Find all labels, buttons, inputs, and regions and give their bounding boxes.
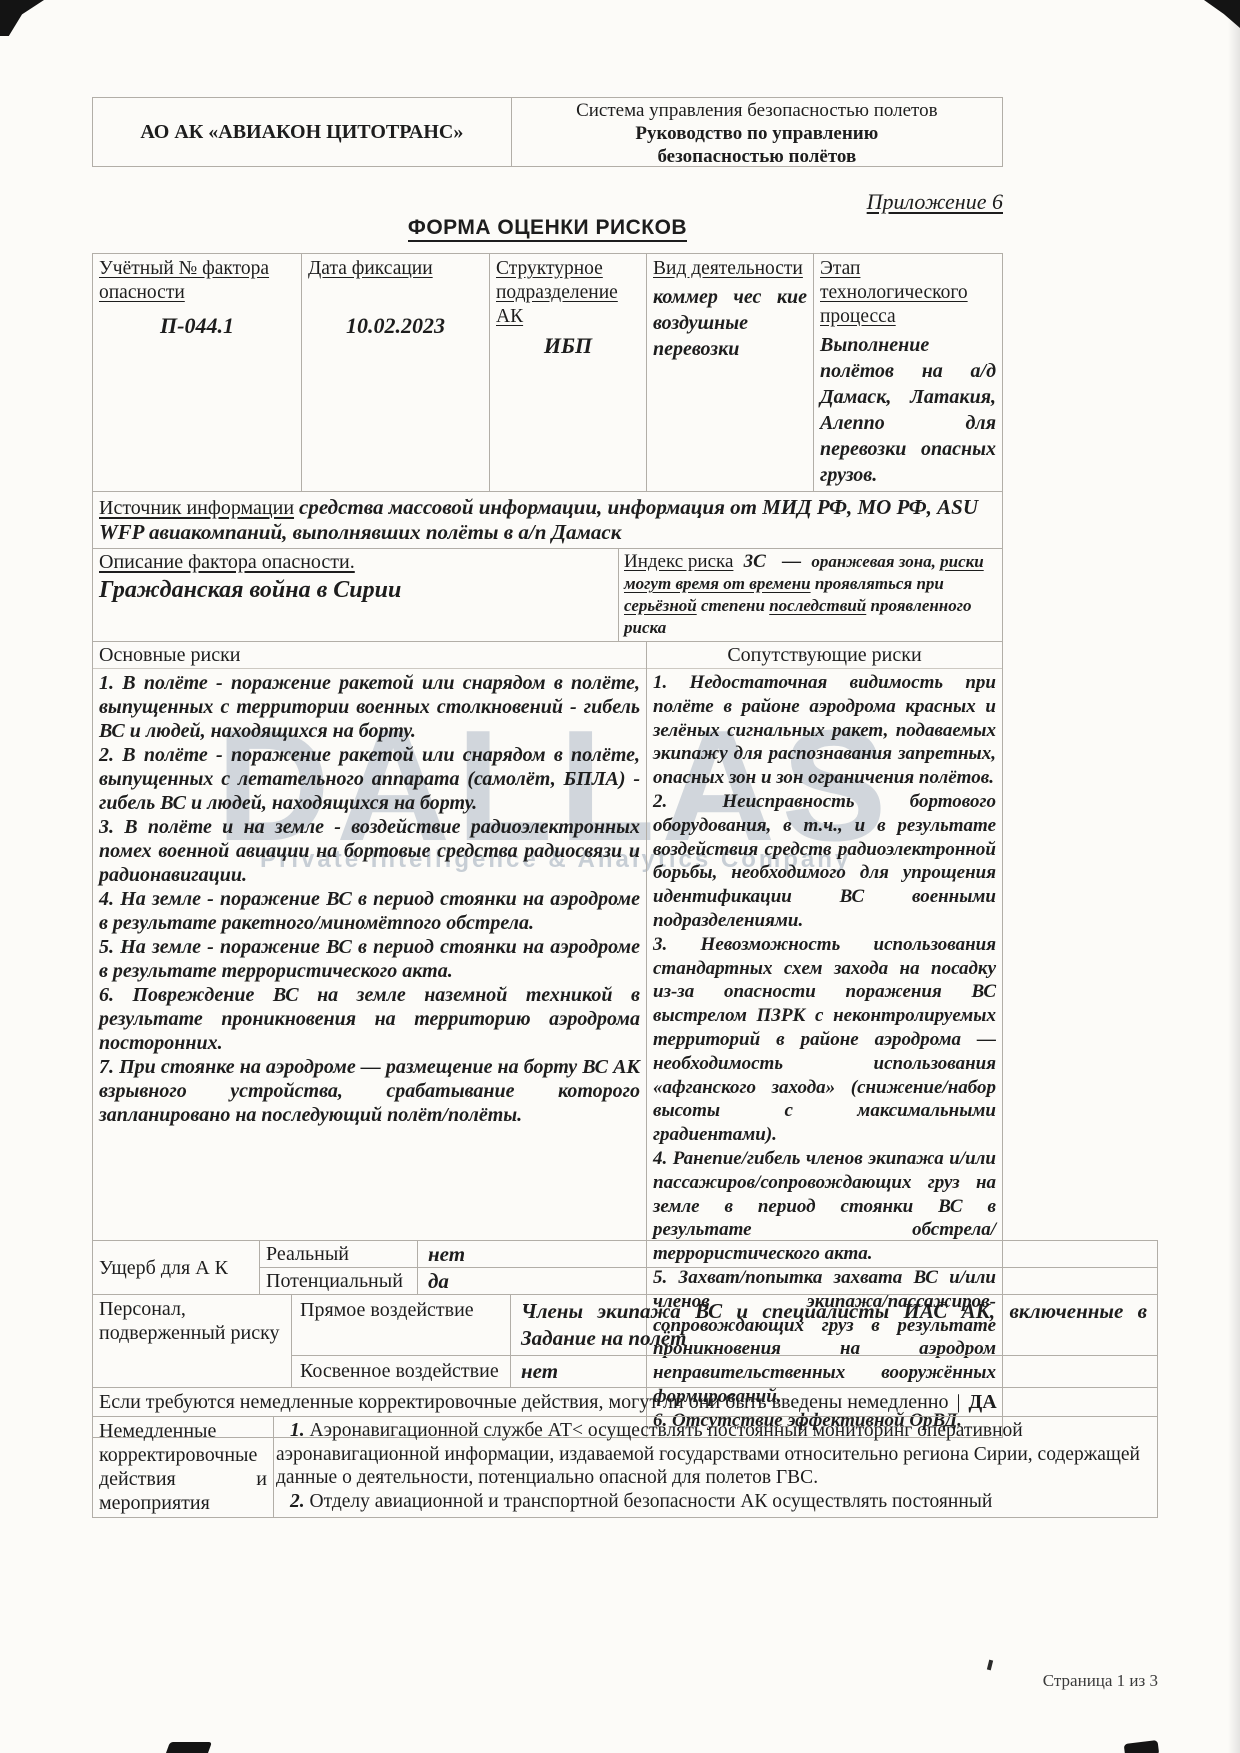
related-risk-item: 1. Недостаточная видимость при полёте в … <box>653 671 996 790</box>
risk-index-dash: — <box>776 551 807 572</box>
unit-label: Структурное подразделение АК <box>496 257 640 329</box>
assessment-lower-table: Ущерб для А К Реальный нет Потенциальный… <box>92 1240 1158 1518</box>
immediate-question-row: Если требуются немедленные корректировоч… <box>93 1387 1157 1416</box>
activity-label: Вид деятельности <box>653 257 807 281</box>
main-risk-item: 7. При стоянке на аэродроме — размещение… <box>99 1055 640 1127</box>
personnel-indirect-row: Косвенное воздействие нет <box>292 1355 1157 1387</box>
corrective-action-item: 1. Аэронавигационной службе АТ< осуществ… <box>276 1419 1153 1490</box>
corrective-action-item: 2. Отделу авиационной и транспортной без… <box>276 1490 1153 1514</box>
scan-corner-mark-top-left <box>0 0 44 36</box>
immediate-question-answer: ДА <box>969 1391 997 1413</box>
corrective-actions-row: Немедленные корректировочные действия и … <box>93 1416 1157 1517</box>
hazard-description-value: Гражданская война в Сирии <box>99 577 612 604</box>
related-risk-item: 3. Невозможность использования стандартн… <box>653 933 996 1147</box>
main-risk-item: 1. В полёте - поражение ракетой или снар… <box>99 671 640 743</box>
unit-value: ИБП <box>496 333 640 359</box>
related-risk-item: 2. Неисправность бортового оборудования,… <box>653 790 996 933</box>
corrective-actions-label: Немедленные корректировочные действия и … <box>93 1417 273 1517</box>
personnel-indirect-label: Косвенное воздействие <box>292 1356 510 1387</box>
registration-row: Учётный № фактора опасности П-044.1 Дата… <box>93 254 1002 491</box>
sms-line1: Система управления безопасностью полетов <box>512 99 1002 122</box>
scan-artifact <box>987 1660 993 1671</box>
company-name: АО АК «АВИАКОН ЦИТОТРАНС» <box>93 98 512 166</box>
personnel-indirect-value: нет <box>510 1356 1157 1387</box>
unit-cell: Структурное подразделение АК ИБП <box>489 254 646 491</box>
damage-values: Реальный нет Потенциальный да <box>259 1241 1157 1294</box>
process-stage-label: Этап технологического процесса <box>820 257 996 329</box>
info-source-label: Источник информации <box>99 497 294 519</box>
personnel-label: Персонал, подверженный риску <box>93 1295 291 1387</box>
fixation-date-cell: Дата фиксации 10.02.2023 <box>301 254 489 491</box>
fixation-date-label: Дата фиксации <box>308 257 483 309</box>
damage-potential-label: Потенциальный <box>260 1268 417 1294</box>
personnel-row: Персонал, подверженный риску Прямое возд… <box>93 1294 1157 1387</box>
process-stage-cell: Этап технологического процесса Выполнени… <box>813 254 1002 491</box>
fixation-date-value: 10.02.2023 <box>308 313 483 339</box>
reg-number-label: Учётный № фактора опасности <box>99 257 295 309</box>
damage-real-label: Реальный <box>260 1241 417 1267</box>
corrective-actions-content: 1. Аэронавигационной службе АТ< осуществ… <box>273 1417 1157 1517</box>
risk-index-label: Индекс риска <box>624 551 733 572</box>
immediate-question-text: Если требуются немедленные корректировоч… <box>99 1391 948 1413</box>
main-risk-item: 2. В полёте - поражение ракетой или снар… <box>99 743 640 815</box>
main-risk-item: 4. На земле - поражение ВС в период стоя… <box>99 887 640 935</box>
form-title: ФОРМА ОЦЕНКИ РИСКОВ <box>92 216 1003 240</box>
hazard-description-label: Описание фактора опасности. <box>99 551 355 573</box>
activity-cell: Вид деятельности коммер чес кие воздушны… <box>646 254 813 491</box>
appendix-label: Приложение 6 <box>92 189 1003 215</box>
damage-real-row: Реальный нет <box>260 1241 1157 1267</box>
main-risks-title: Основные риски <box>93 642 646 669</box>
activity-value: коммер чес кие воздушные перевозки <box>653 284 807 362</box>
damage-label-cell: Ущерб для А К <box>93 1241 259 1294</box>
sms-line2: Руководство по управлению <box>512 122 1002 145</box>
damage-label: Ущерб для А К <box>99 1256 228 1280</box>
damage-real-value: нет <box>417 1241 1157 1267</box>
personnel-direct-value: Члены экипажа ВС и специалисты ИАС АК, в… <box>510 1295 1157 1355</box>
page-number: Страница 1 из 3 <box>1043 1671 1158 1691</box>
damage-potential-value: да <box>417 1268 1157 1294</box>
main-risk-item: 5. На земле - поражение ВС в период стоя… <box>99 935 640 983</box>
damage-row: Ущерб для А К Реальный нет Потенциальный… <box>93 1241 1157 1294</box>
sms-line3: безопасностью полётов <box>512 145 1002 168</box>
hazard-row: Описание фактора опасности. Гражданская … <box>93 548 1002 641</box>
document-body: АО АК «АВИАКОН ЦИТОТРАНС» Система управл… <box>92 97 1003 1438</box>
process-stage-value: Выполнение полётов на а/д Дамаск, Латаки… <box>820 332 996 488</box>
scan-edge-shade <box>1228 0 1240 1753</box>
info-source-row: Источник информации средства массовой ин… <box>93 491 1002 548</box>
hazard-description-cell: Описание фактора опасности. Гражданская … <box>93 549 618 641</box>
document-header-table: АО АК «АВИАКОН ЦИТОТРАНС» Система управл… <box>92 97 1003 167</box>
personnel-values: Прямое воздействие Члены экипажа ВС и сп… <box>291 1295 1157 1387</box>
main-risk-item: 6. Повреждение ВС на земле наземной техн… <box>99 983 640 1055</box>
damage-potential-row: Потенциальный да <box>260 1267 1157 1294</box>
scan-mark-bottom-left <box>166 1742 212 1753</box>
main-risk-item: 3. В полёте и на земле - воздействие рад… <box>99 815 640 887</box>
reg-number-cell: Учётный № фактора опасности П-044.1 <box>93 254 301 491</box>
risk-index-value: 3С <box>738 551 772 572</box>
reg-number-value: П-044.1 <box>99 313 295 339</box>
risk-index-cell: Индекс риска 3С — оранжевая зона, риски … <box>618 549 1002 641</box>
separator-bar: | <box>948 1391 968 1413</box>
scanned-document-page: DALLAS Private Intelligence & Analytics … <box>0 0 1240 1753</box>
personnel-direct-label: Прямое воздействие <box>292 1295 510 1355</box>
main-risks-list: 1. В полёте - поражение ракетой или снар… <box>93 669 646 1131</box>
scan-mark-bottom-right <box>1124 1740 1160 1753</box>
related-risks-title: Сопутствующие риски <box>647 642 1002 669</box>
personnel-direct-row: Прямое воздействие Члены экипажа ВС и сп… <box>292 1295 1157 1355</box>
sms-manual-title: Система управления безопасностью полетов… <box>512 98 1002 166</box>
